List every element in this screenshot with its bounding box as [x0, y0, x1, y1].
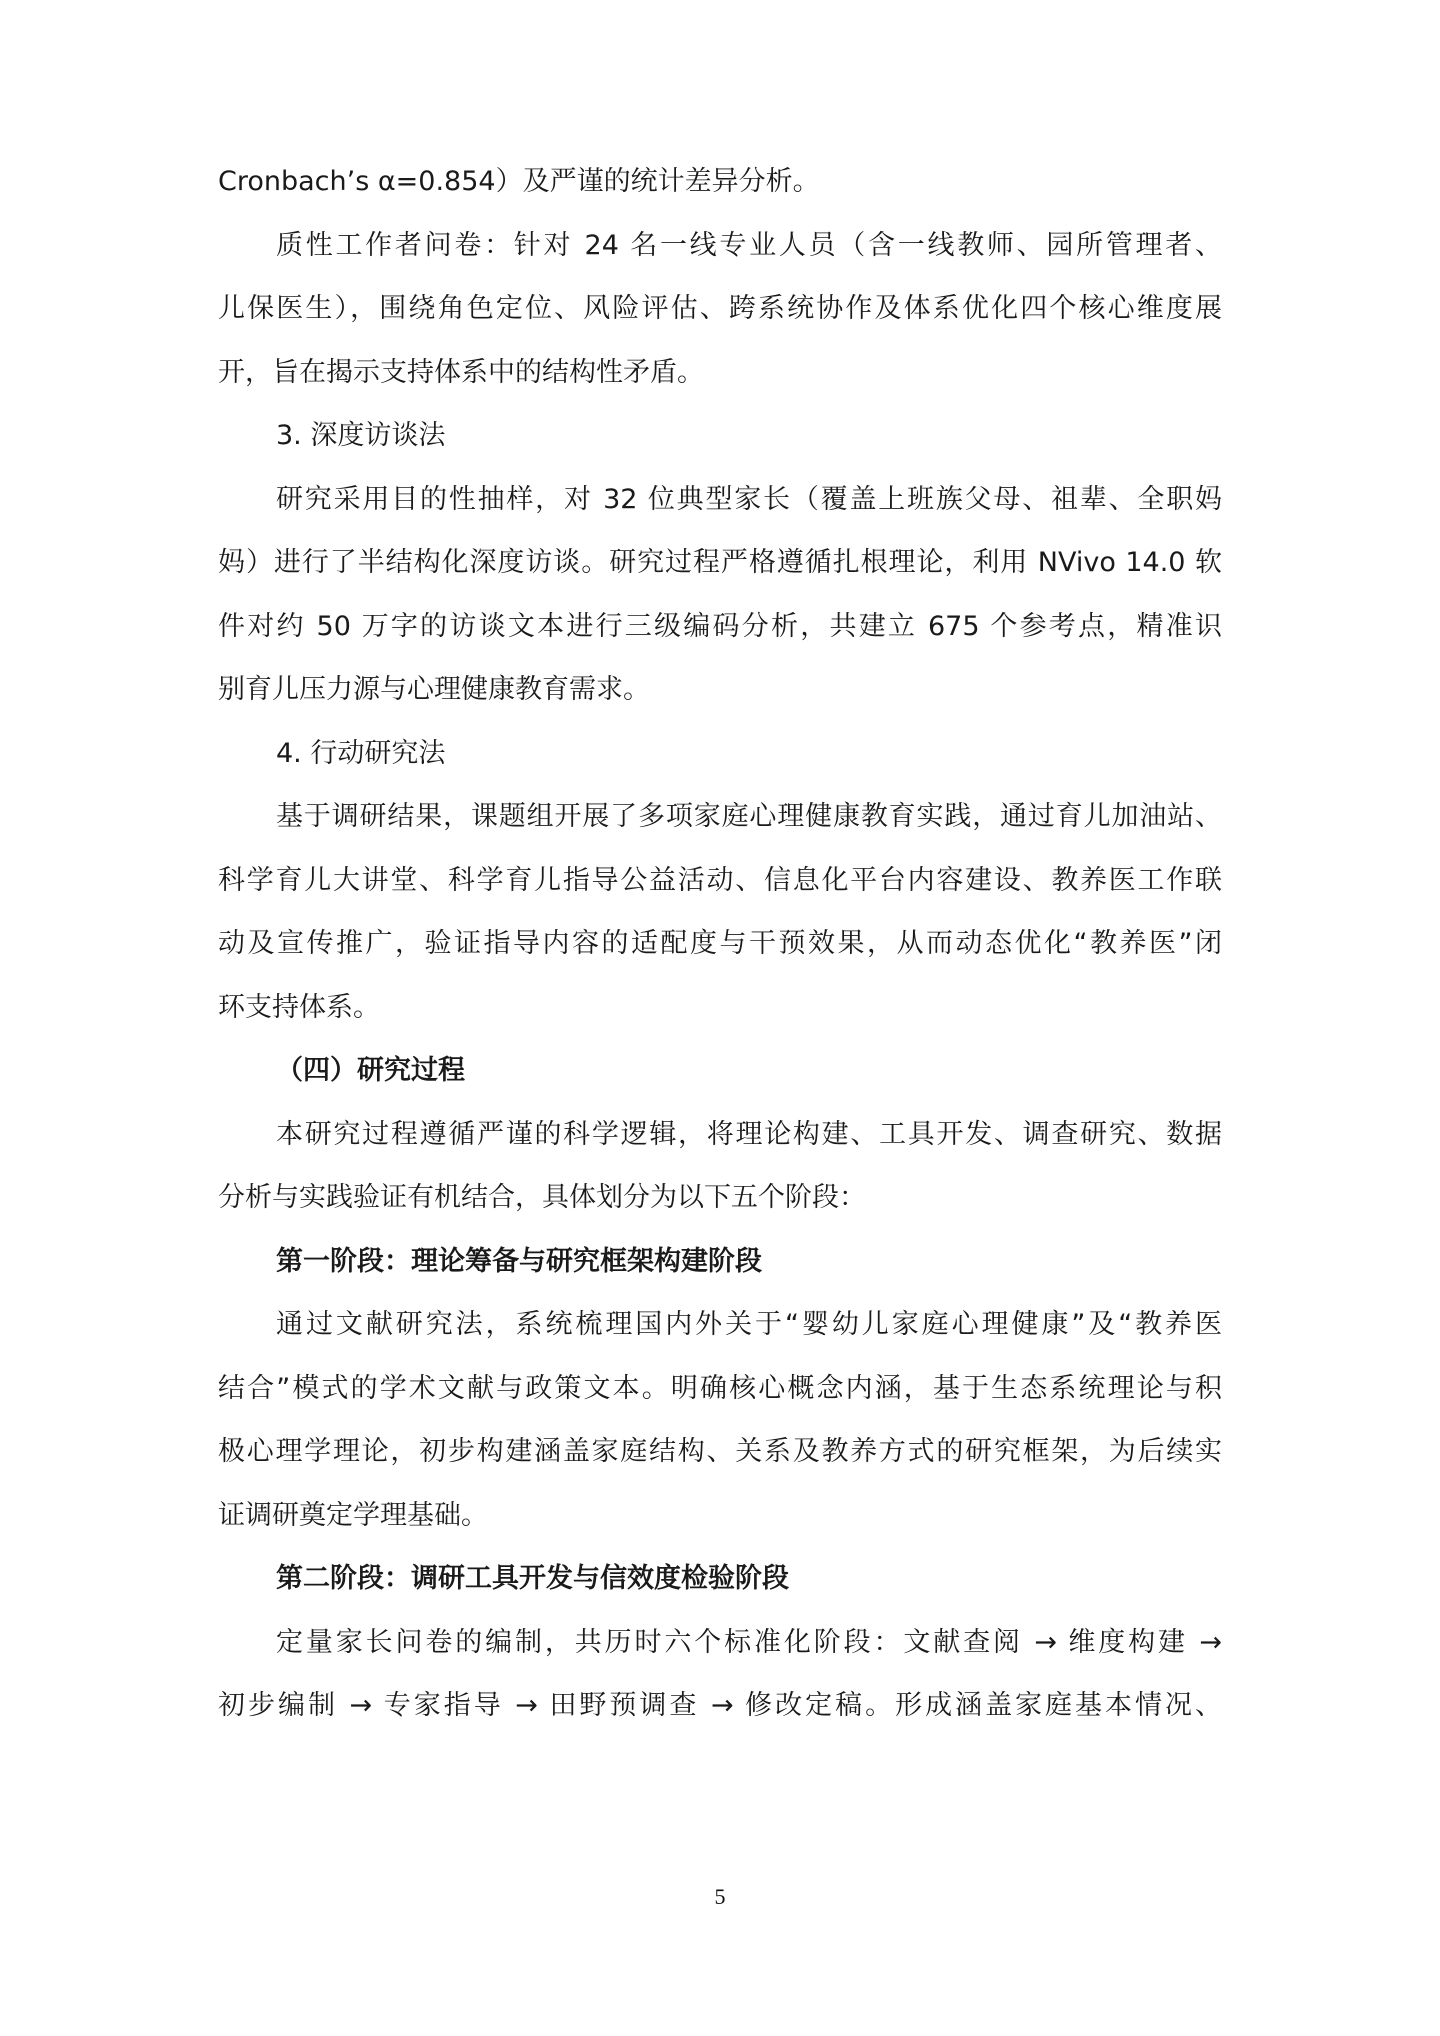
- text-line: 极心理学理论，初步构建涵盖家庭结构、关系及教养方式的研究框架，为后续实: [218, 1428, 1222, 1492]
- text-line: 定量家长问卷的编制，共历时六个标准化阶段：文献查阅 → 维度构建 →: [218, 1619, 1222, 1683]
- stage-heading: 第一阶段：理论筹备与研究框架构建阶段: [218, 1238, 1222, 1302]
- document-page: Cronbach’s α=0.854）及严谨的统计差异分析。 质性工作者问卷：针…: [0, 0, 1440, 2036]
- section-heading: 3. 深度访谈法: [218, 412, 1222, 476]
- text-line: 证调研奠定学理基础。: [218, 1492, 1222, 1556]
- text-line: 动及宣传推广，验证指导内容的适配度与干预效果，从而动态优化“教养医”闭: [218, 920, 1222, 984]
- text-line: Cronbach’s α=0.854）及严谨的统计差异分析。: [218, 158, 1222, 222]
- section-heading: （四）研究过程: [218, 1047, 1222, 1111]
- text-line: 别育儿压力源与心理健康教育需求。: [218, 666, 1222, 730]
- section-heading: 4. 行动研究法: [218, 730, 1222, 794]
- body-text: Cronbach’s α=0.854）及严谨的统计差异分析。 质性工作者问卷：针…: [218, 158, 1222, 1746]
- text-line: 本研究过程遵循严谨的科学逻辑，将理论构建、工具开发、调查研究、数据: [218, 1111, 1222, 1175]
- text-line: 儿保医生），围绕角色定位、风险评估、跨系统协作及体系优化四个核心维度展: [218, 285, 1222, 349]
- text-line: 分析与实践验证有机结合，具体划分为以下五个阶段：: [218, 1174, 1222, 1238]
- text-line: 件对约 50 万字的访谈文本进行三级编码分析，共建立 675 个参考点，精准识: [218, 603, 1222, 667]
- text-line: 初步编制 → 专家指导 → 田野预调查 → 修改定稿。形成涵盖家庭基本情况、: [218, 1682, 1222, 1746]
- text-line: 环支持体系。: [218, 984, 1222, 1048]
- text-line: 质性工作者问卷：针对 24 名一线专业人员（含一线教师、园所管理者、: [218, 222, 1222, 286]
- text-line: 结合”模式的学术文献与政策文本。明确核心概念内涵，基于生态系统理论与积: [218, 1365, 1222, 1429]
- text-line: 基于调研结果，课题组开展了多项家庭心理健康教育实践，通过育儿加油站、: [218, 793, 1222, 857]
- page-number: 5: [0, 1884, 1440, 1910]
- text-line: 研究采用目的性抽样，对 32 位典型家长（覆盖上班族父母、祖辈、全职妈: [218, 476, 1222, 540]
- text-line: 通过文献研究法，系统梳理国内外关于“婴幼儿家庭心理健康”及“教养医: [218, 1301, 1222, 1365]
- text-line: 科学育儿大讲堂、科学育儿指导公益活动、信息化平台内容建设、教养医工作联: [218, 857, 1222, 921]
- text-line: 开，旨在揭示支持体系中的结构性矛盾。: [218, 349, 1222, 413]
- stage-heading: 第二阶段：调研工具开发与信效度检验阶段: [218, 1555, 1222, 1619]
- text-line: 妈）进行了半结构化深度访谈。研究过程严格遵循扎根理论，利用 NVivo 14.0…: [218, 539, 1222, 603]
